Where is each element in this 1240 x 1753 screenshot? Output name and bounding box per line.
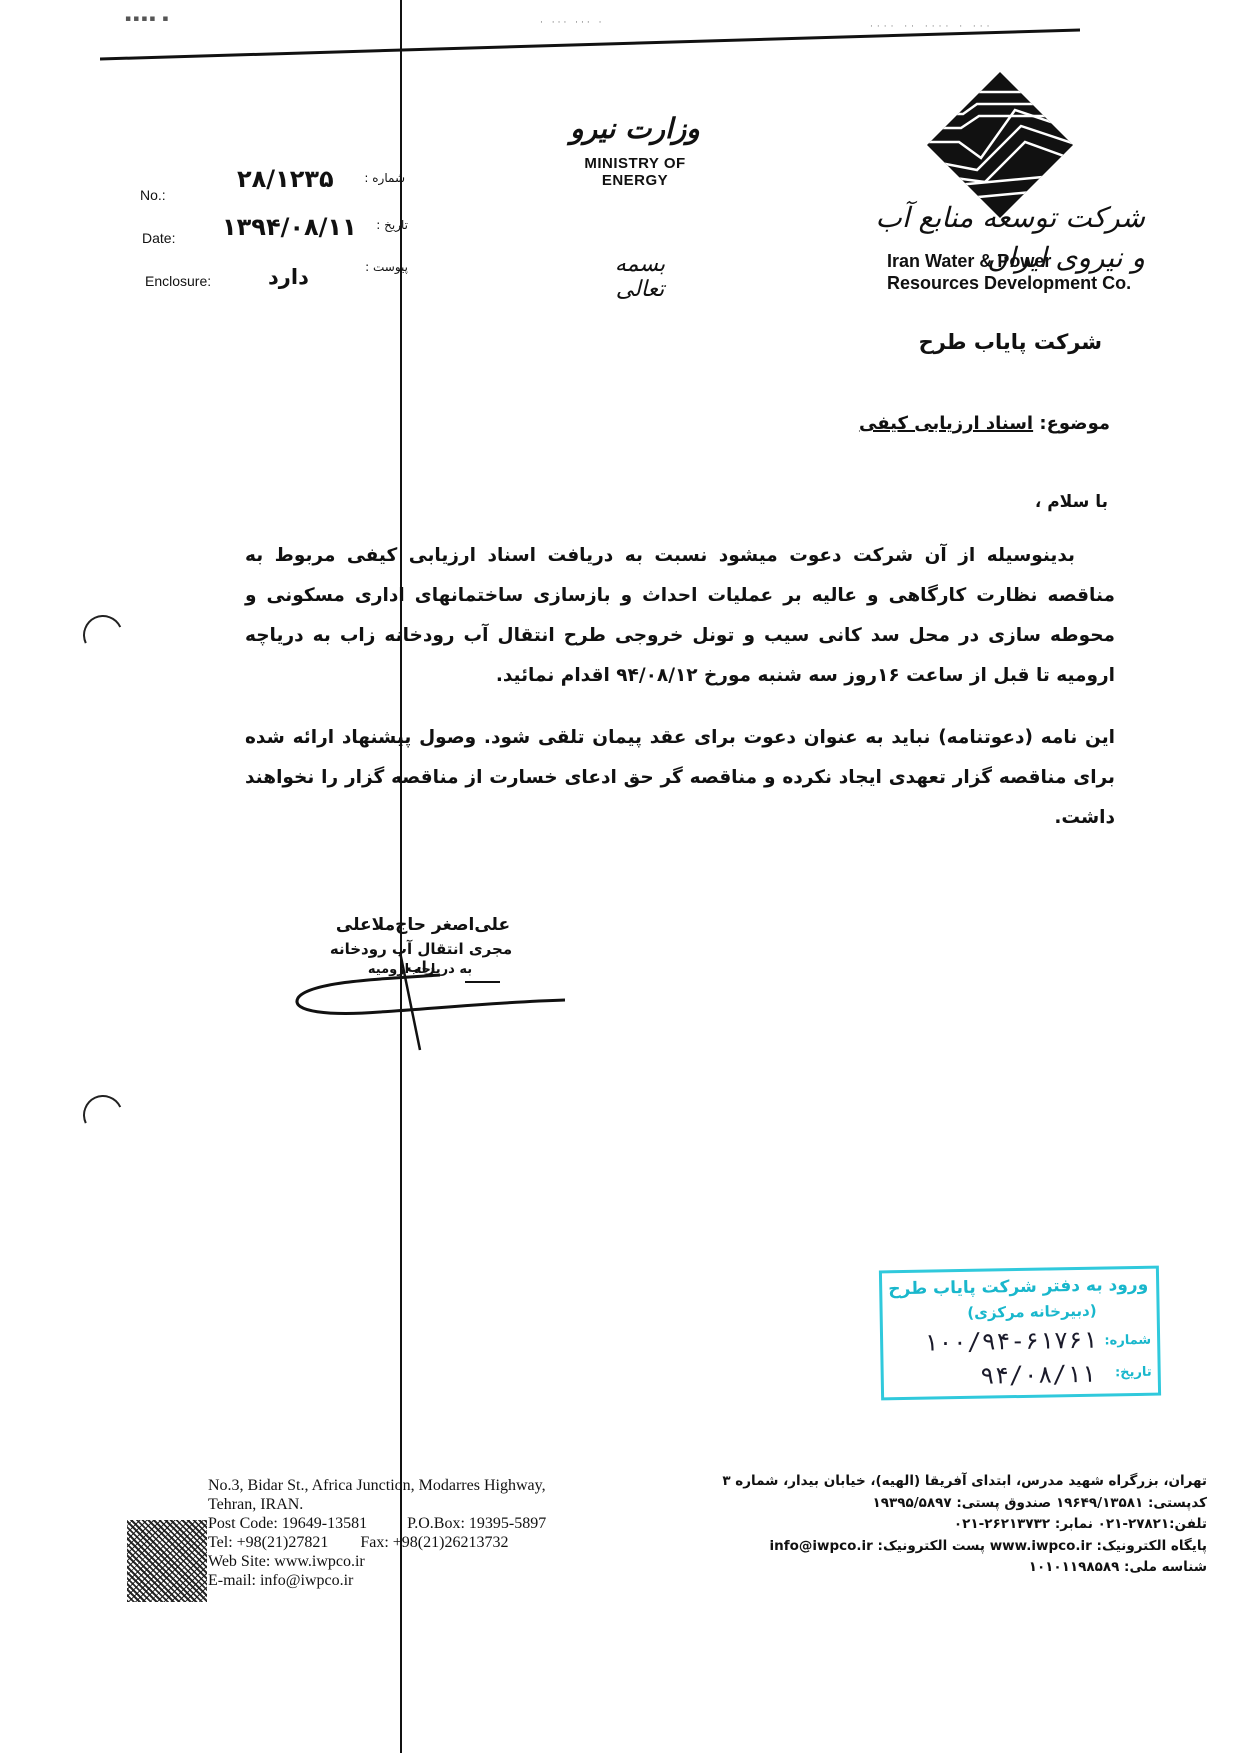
footer-fa-postcode: کدپستی: ۱۹۶۴۹/۱۳۵۸۱ صندوق پستی: ۱۹۳۹۵/۵۸… [722,1493,1207,1515]
subject-value: اسناد ارزیابی کیفی [859,413,1033,434]
subject-line: موضوع: اسناد ارزیابی کیفی [859,413,1110,434]
company-name-en-line1: Iran Water & Power [887,250,1131,272]
footer-postal-row: Post Code: 19649-13581P.O.Box: 19395-589… [208,1514,546,1533]
footer-phone-row: Tel: +98(21)27821Fax: +98(21)26213732 [208,1533,546,1552]
company-name-en: Iran Water & Power Resources Development… [887,250,1131,294]
company-name-en-line2: Resources Development Co. [887,272,1131,294]
stamp-subtitle: (دبیرخانه مرکزی) [967,1302,1097,1322]
number-label-en: No.: [140,187,166,203]
footer-fax: Fax: +98(21)26213732 [360,1534,508,1551]
footer-fa-national-id: شناسه ملی: ۱۰۱۰۱۱۹۸۵۸۹ [722,1557,1207,1579]
date-label-fa: تاریخ : [348,218,408,232]
signatory-name: علی‌اصغر حاج‌ملاعلی [318,915,528,935]
number-value: ۲۸/۱۲۳۵ [237,165,334,193]
stamp-date-value: ۹۴/۰۸/۱۱ [980,1360,1096,1390]
footer-post-code: Post Code: 19649-13581 [208,1515,367,1532]
handwritten-signature-icon [290,940,570,1060]
footer-email: E-mail: info@iwpco.ir [208,1571,546,1590]
scan-diagonal-line [100,0,1080,70]
scan-smudge: ▪▪▪▪ ▪ [125,14,170,24]
date-label-en: Date: [142,230,175,246]
ministry-name-en-line2: ENERGY [565,172,705,189]
footer-tel: Tel: +98(21)27821 [208,1534,328,1551]
recipient: شرکت پایاب طرح [919,330,1102,354]
ministry-name-en: MINISTRY OF ENERGY [565,155,705,189]
footer-fa-address: تهران، بزرگراه شهید مدرس، ابتدای آفریقا … [722,1471,1207,1493]
stamp-date-label: تاریخ: [1115,1365,1152,1381]
subject-label: موضوع: [1039,413,1110,434]
footer-address-line1: No.3, Bidar St., Africa Junction, Modarr… [208,1476,546,1495]
greeting: با سلام ، [1035,492,1108,512]
scan-smudge: ···· ·· ···· · ··· [870,22,994,32]
footer-contact-fa: تهران، بزرگراه شهید مدرس، ابتدای آفریقا … [722,1471,1207,1579]
footer-fa-web-email: پایگاه الکترونیک: www.iwpco.ir پست الکتر… [722,1536,1207,1558]
footer-po-box: P.O.Box: 19395-5897 [407,1515,546,1532]
qr-code-icon [127,1520,207,1602]
footer-fa-phones: تلفن:۲۷۸۲۱-۰۲۱ نمابر: ۲۶۲۱۳۷۳۲-۰۲۱ [722,1514,1207,1536]
enclosure-value: دارد [268,265,309,289]
body-paragraph-1: بدینوسیله از آن شرکت دعوت میشود نسبت به … [245,536,1115,696]
punch-hole-icon [77,609,128,660]
footer-contact-en: No.3, Bidar St., Africa Junction, Modarr… [208,1476,546,1590]
invocation-text: بسمه تعالی [600,252,680,302]
stamp-number-value: ۱۰۰/۹۴-۶۱۷۶۱ [924,1326,1098,1357]
ministry-name-en-line1: MINISTRY OF [565,155,705,172]
enclosure-label-fa: پیوست : [348,260,408,274]
stamp-number-label: شماره: [1104,1333,1151,1349]
number-label-fa: شماره : [345,171,405,185]
body-paragraph-2: این نامه (دعوتنامه) نباید به عنوان دعوت … [245,718,1115,838]
receipt-stamp: ورود به دفتر شرکت پایاب طرح (دبیرخانه مر… [879,1266,1161,1401]
punch-hole-icon [77,1089,128,1140]
ministry-name-fa: وزارت نیرو [570,112,700,145]
scan-smudge: · ··· ··· · [540,18,604,28]
stamp-title: ورود به دفتر شرکت پایاب طرح [888,1275,1148,1300]
footer-website: Web Site: www.iwpco.ir [208,1552,546,1571]
footer-address-line2: Tehran, IRAN. [208,1495,546,1514]
enclosure-label-en: Enclosure: [145,273,211,289]
date-value: ۱۳۹۴/۰۸/۱۱ [222,213,357,241]
